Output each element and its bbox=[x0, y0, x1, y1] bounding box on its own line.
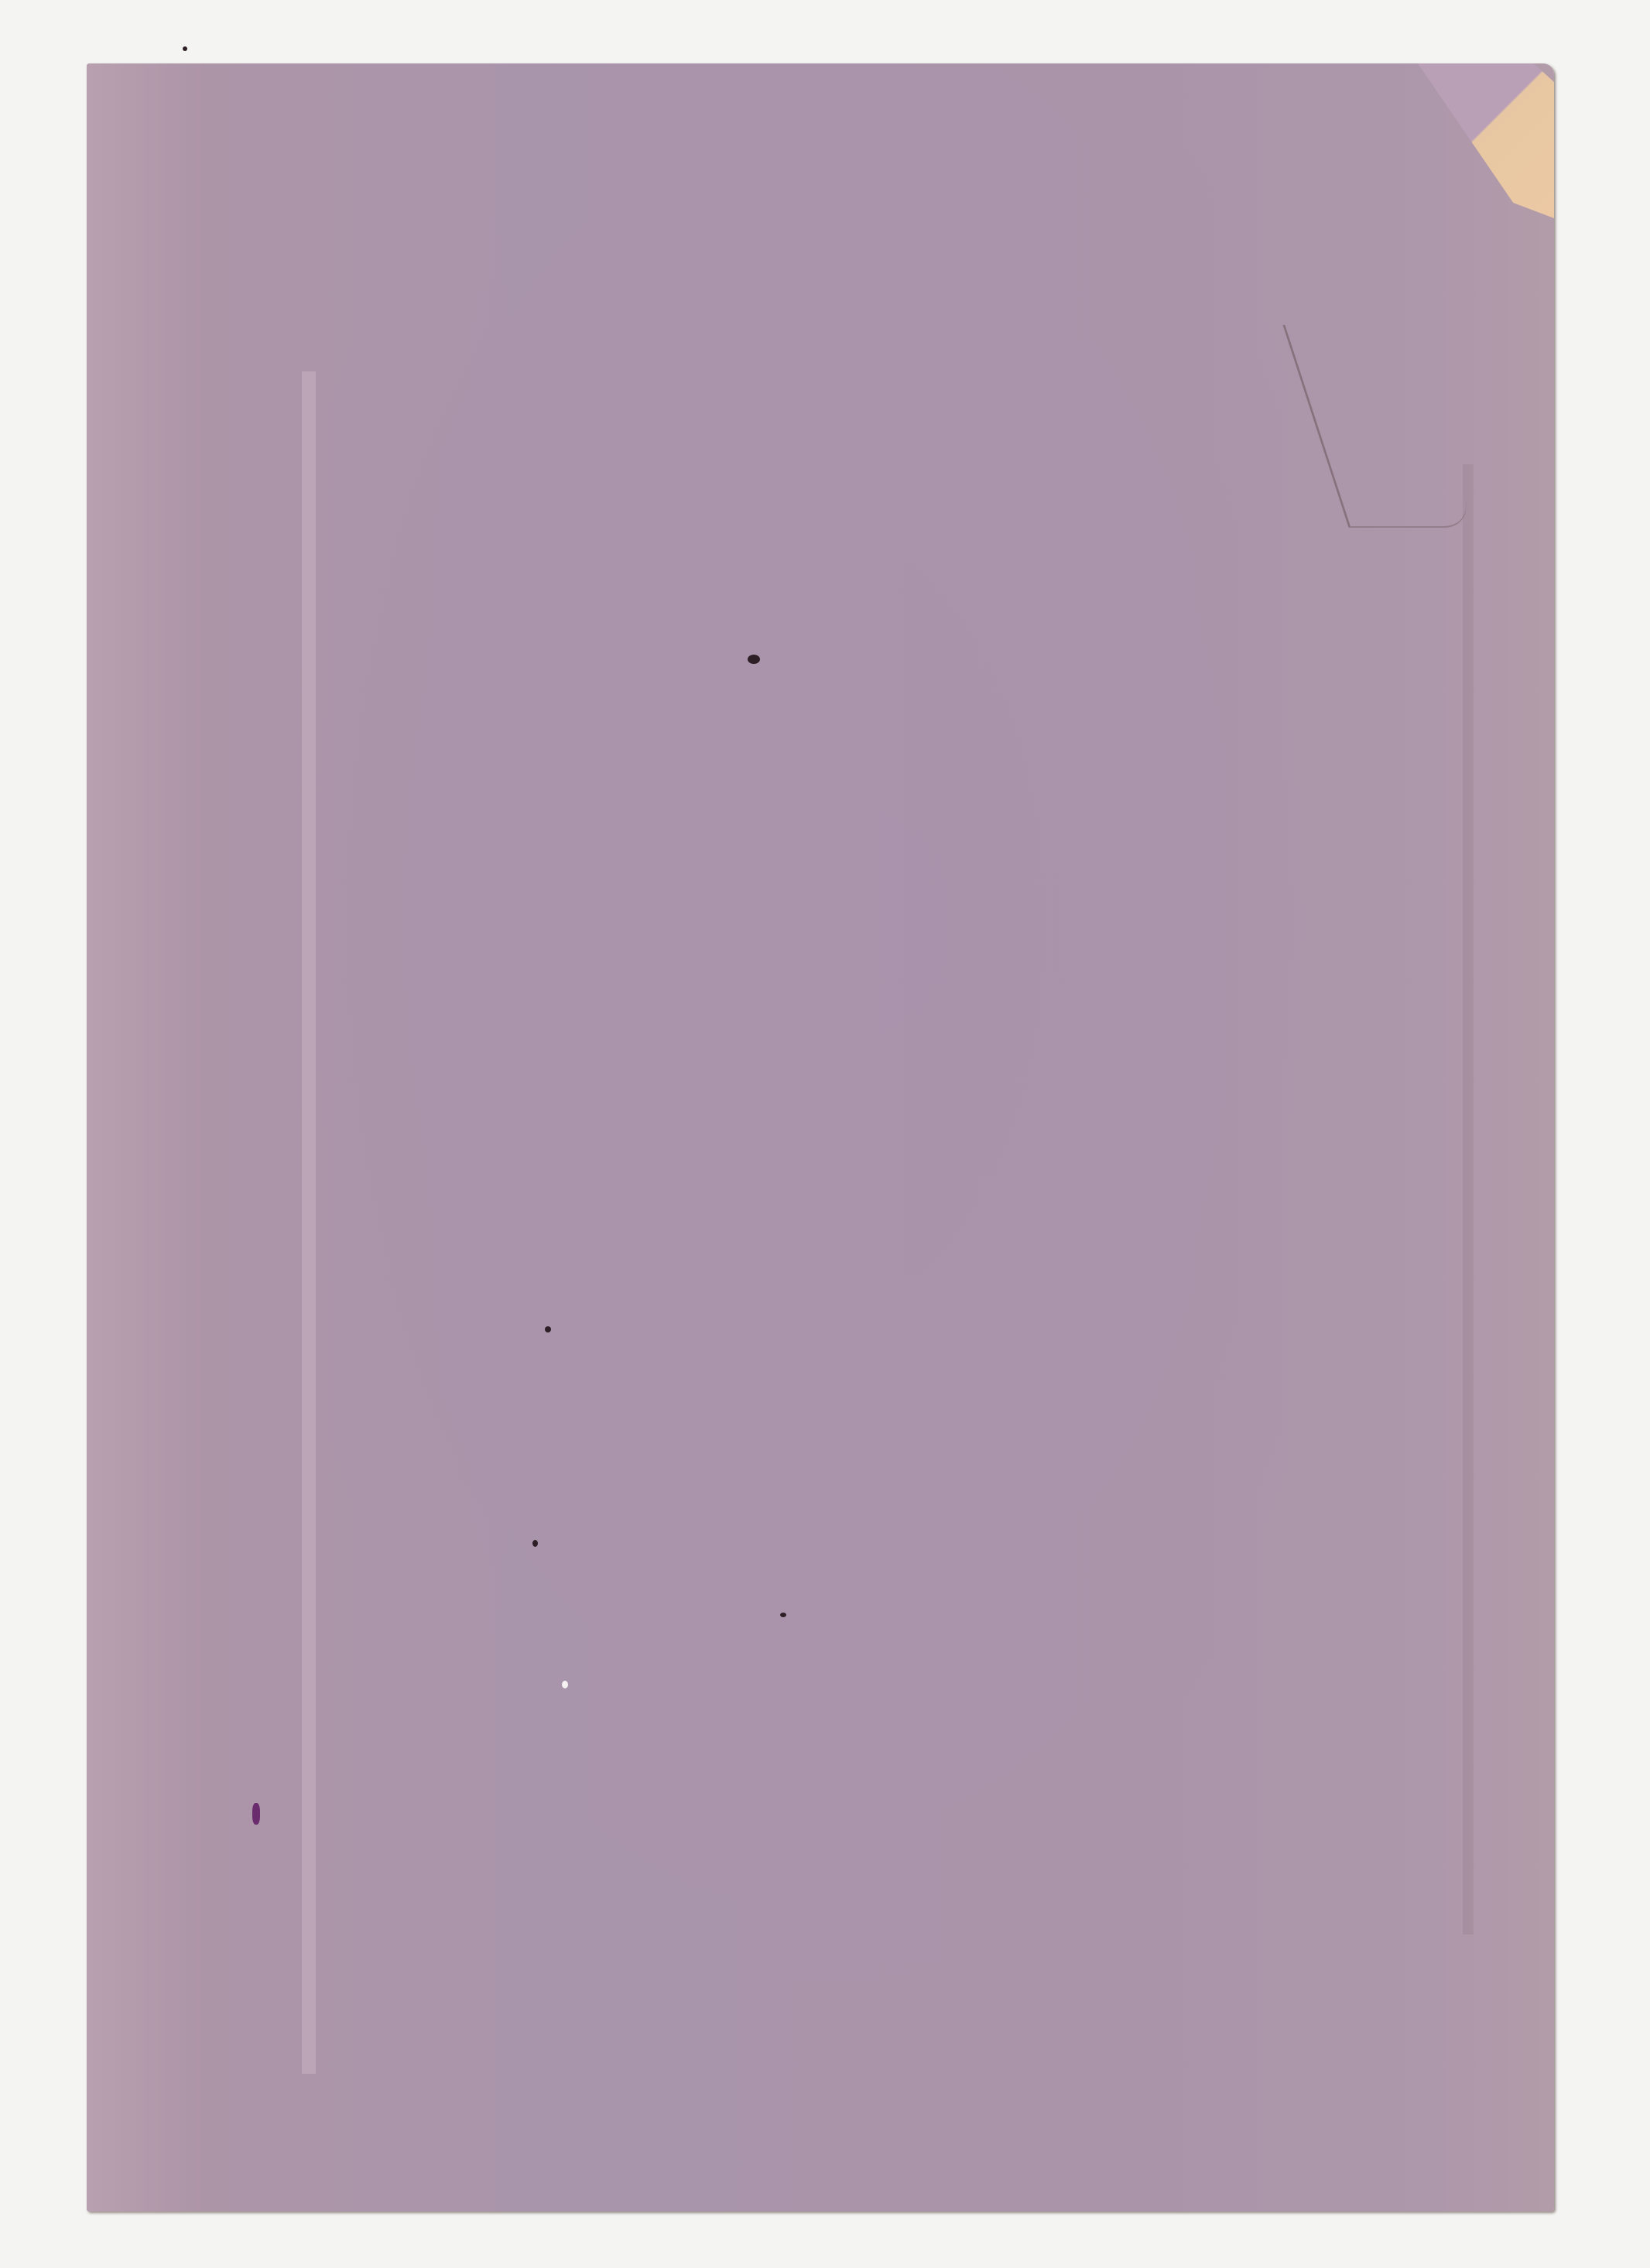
ink-speck bbox=[545, 1326, 551, 1332]
purple-fiber-mark bbox=[252, 1803, 260, 1825]
ink-speck bbox=[748, 655, 760, 664]
paper-crease bbox=[302, 371, 316, 2074]
ink-speck bbox=[532, 1540, 538, 1547]
paper-crease bbox=[1463, 464, 1474, 1934]
ink-speck bbox=[780, 1613, 786, 1617]
ink-speck bbox=[183, 46, 187, 51]
paper-spot bbox=[562, 1681, 568, 1688]
